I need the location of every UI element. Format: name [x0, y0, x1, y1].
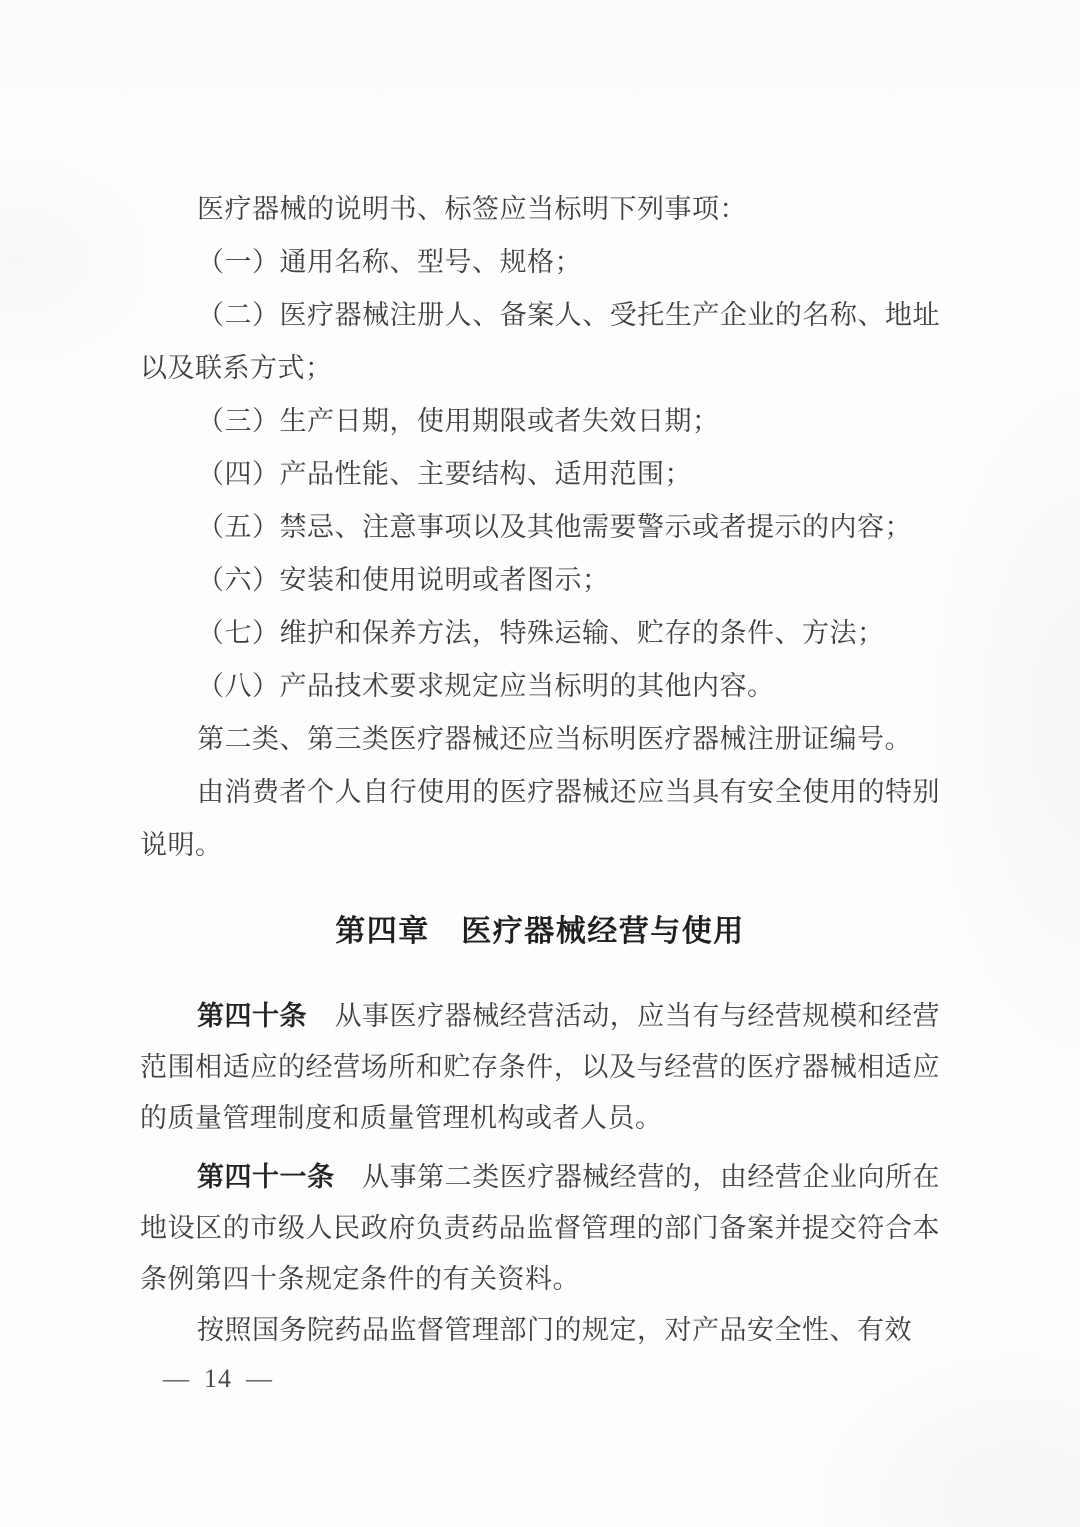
page-number-left-dash: — [163, 1364, 190, 1393]
list-item-8: （八）产品技术要求规定应当标明的其他内容。 [140, 660, 940, 713]
document-page: 医疗器械的说明书、标签应当标明下列事项： （一）通用名称、型号、规格； （二）医… [0, 0, 1080, 1527]
list-item-3: （三）生产日期，使用期限或者失效日期； [140, 395, 940, 448]
article-40-number: 第四十条 [197, 1001, 307, 1031]
list-item-2: （二）医疗器械注册人、备案人、受托生产企业的名称、地址以及联系方式； [140, 289, 940, 395]
list-item-6: （六）安装和使用说明或者图示； [140, 554, 940, 607]
article-40-paragraph: 第四十条 从事医疗器械经营活动，应当有与经营规模和经营范围相适应的经营场所和贮存… [140, 991, 940, 1144]
closing-paragraph: 按照国务院药品监督管理部门的规定，对产品安全性、有效 [140, 1305, 940, 1356]
article-41-number: 第四十一条 [197, 1162, 335, 1192]
intro-paragraph: 医疗器械的说明书、标签应当标明下列事项： [140, 183, 940, 236]
page-content: 医疗器械的说明书、标签应当标明下列事项： （一）通用名称、型号、规格； （二）医… [140, 183, 940, 1356]
list-item-1: （一）通用名称、型号、规格； [140, 236, 940, 289]
list-item-4: （四）产品性能、主要结构、适用范围； [140, 448, 940, 501]
page-number-value: 14 [190, 1364, 246, 1393]
page-number-right-dash: — [246, 1364, 273, 1393]
chapter-4-heading: 第四章 医疗器械经营与使用 [140, 905, 940, 958]
paragraph-class2-3: 第二类、第三类医疗器械还应当标明医疗器械注册证编号。 [140, 713, 940, 766]
list-item-5: （五）禁忌、注意事项以及其他需要警示或者提示的内容； [140, 501, 940, 554]
paragraph-consumer-use: 由消费者个人自行使用的医疗器械还应当具有安全使用的特别说明。 [140, 766, 940, 872]
page-number: —14— [163, 1364, 273, 1394]
list-item-7: （七）维护和保养方法，特殊运输、贮存的条件、方法； [140, 607, 940, 660]
article-41-paragraph: 第四十一条 从事第二类医疗器械经营的，由经营企业向所在地设区的市级人民政府负责药… [140, 1152, 940, 1305]
